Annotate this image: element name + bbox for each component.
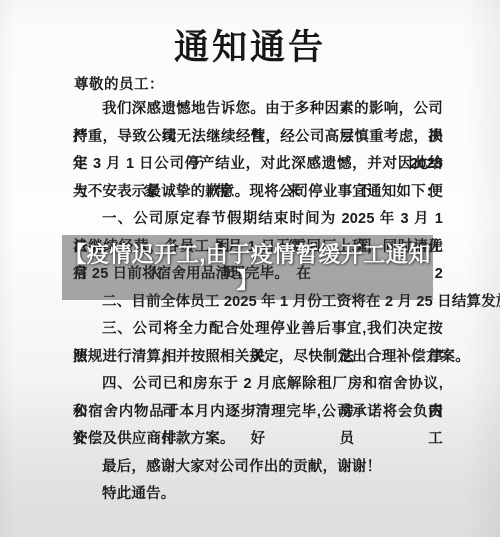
body-line: 与不安表示最诚挚的歉意。现将公司停业事宜通知如下：: [73, 179, 443, 207]
body-line: 三、公司将全力配合处理停业善后事宜,我们决定按照相关法律: [73, 316, 443, 344]
body-line: 四、公司已和房东于 2 月底解除租厂房和宿舍协议,公司厂房内: [73, 371, 443, 399]
body-line: 和宿舍内物品于本月内逐步清理完毕,公司承诺将会负责安排好员工: [73, 399, 443, 427]
body-line: 最后，感谢大家对公司作出的贡献，谢谢！: [73, 454, 443, 482]
subtitle-overlay-text-line2: 】: [236, 268, 259, 294]
notice-title: 通知通告: [0, 20, 500, 70]
body-line: 年 3 月 1 日公司停产结业，对此深感遗憾，并对因此给大家带来不便: [73, 151, 443, 179]
subtitle-overlay-text-line1: 【疫情迟开工,由于疫情暂缓开工通知: [64, 242, 431, 268]
notice-body: 我们深感遗憾地告诉您。由于多种因素的影响，公司持续性亏损 严重，导致公司无法继续…: [73, 96, 443, 509]
body-line: 法规进行清算，并按照相关规定，尽快制定出合理补偿方案。: [73, 344, 443, 372]
body-line: 特此通告。: [73, 481, 443, 509]
body-line: 一、公司原定春节假期结束时间为 2025 年 3 月 1 日，因公司无: [73, 206, 443, 234]
body-line: 严重，导致公司无法继续经营，经公司高层慎重考虑，决定于 2025: [73, 124, 443, 152]
salutation-line: 尊敬的员工：: [74, 73, 164, 94]
notice-document-page: 通知通告 尊敬的员工： 我们深感遗憾地告诉您。由于多种因素的影响，公司持续性亏损…: [0, 0, 500, 537]
body-line: 我们深感遗憾地告诉您。由于多种因素的影响，公司持续性亏损: [73, 96, 443, 124]
subtitle-overlay-banner: 【疫情迟开工,由于疫情暂缓开工通知 】: [62, 235, 433, 300]
